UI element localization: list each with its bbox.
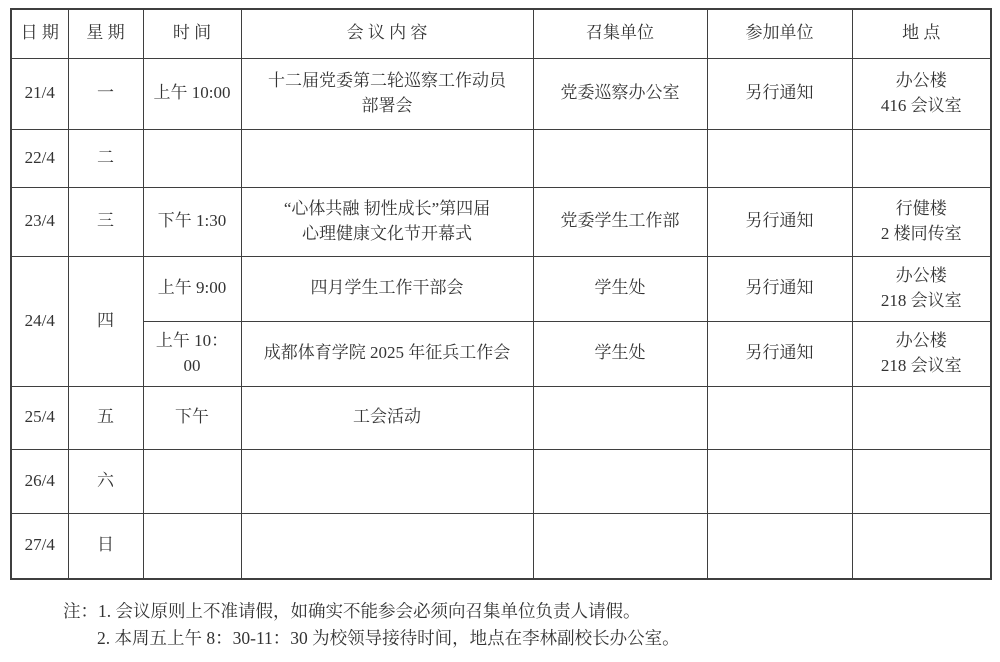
footnote-item-1: 1. 会议原则上不准请假，如确实不能参会必须向召集单位负责人请假。	[98, 601, 641, 621]
table-row: 26/4 六	[11, 449, 991, 513]
footnote-line-1: 注：1. 会议原则上不准请假，如确实不能参会必须向召集单位负责人请假。	[63, 598, 680, 625]
date-cell: 25/4	[11, 386, 68, 449]
meeting-content-cell: 十二届党委第二轮巡察工作动员 部署会	[241, 58, 533, 129]
col-header-weekday: 星 期	[68, 9, 143, 58]
table-row: 27/4 日	[11, 513, 991, 579]
meeting-content-cell	[241, 513, 533, 579]
col-header-date: 日 期	[11, 9, 68, 58]
meeting-content-cell	[241, 129, 533, 187]
weekday-cell: 一	[68, 58, 143, 129]
col-header-participating-unit: 参加单位	[707, 9, 852, 58]
weekday-cell: 四	[68, 256, 143, 386]
table-row: 23/4 三 下午 1:30 “心体共融 韧性成长”第四届 心理健康文化节开幕式…	[11, 187, 991, 256]
col-header-time: 时 间	[143, 9, 241, 58]
weekday-cell: 日	[68, 513, 143, 579]
date-cell: 27/4	[11, 513, 68, 579]
participating-unit-cell	[707, 129, 852, 187]
location-cell: 办公楼 416 会议室	[852, 58, 991, 129]
weekday-cell: 五	[68, 386, 143, 449]
time-cell	[143, 129, 241, 187]
date-cell: 23/4	[11, 187, 68, 256]
location-cell	[852, 449, 991, 513]
weekday-cell: 二	[68, 129, 143, 187]
time-cell: 上午 9:00	[143, 256, 241, 321]
meeting-schedule-page: 日 期 星 期 时 间 会 议 内 容 召集单位 参加单位 地 点 21/4 一…	[0, 0, 1000, 662]
convening-unit-cell	[533, 449, 707, 513]
meeting-content-cell	[241, 449, 533, 513]
location-cell: 办公楼 218 会议室	[852, 321, 991, 386]
time-cell: 下午	[143, 386, 241, 449]
location-cell	[852, 386, 991, 449]
convening-unit-cell: 党委学生工作部	[533, 187, 707, 256]
participating-unit-cell: 另行通知	[707, 256, 852, 321]
footnote-line-2: 2. 本周五上午 8：30-11：30 为校领导接待时间，地点在李林副校长办公室…	[63, 625, 680, 652]
meeting-content-cell: 工会活动	[241, 386, 533, 449]
meeting-content-cell: 四月学生工作干部会	[241, 256, 533, 321]
participating-unit-cell	[707, 386, 852, 449]
time-cell	[143, 449, 241, 513]
table-row: 21/4 一 上午 10:00 十二届党委第二轮巡察工作动员 部署会 党委巡察办…	[11, 58, 991, 129]
footnote-prefix: 注：	[63, 601, 98, 621]
participating-unit-cell: 另行通知	[707, 58, 852, 129]
weekly-meeting-schedule-table: 日 期 星 期 时 间 会 议 内 容 召集单位 参加单位 地 点 21/4 一…	[10, 8, 992, 580]
col-header-location: 地 点	[852, 9, 991, 58]
participating-unit-cell: 另行通知	[707, 321, 852, 386]
convening-unit-cell: 学生处	[533, 256, 707, 321]
footnotes: 注：1. 会议原则上不准请假，如确实不能参会必须向召集单位负责人请假。 2. 本…	[63, 598, 680, 652]
time-cell	[143, 513, 241, 579]
col-header-meeting-content: 会 议 内 容	[241, 9, 533, 58]
weekday-cell: 六	[68, 449, 143, 513]
time-cell: 下午 1:30	[143, 187, 241, 256]
header-row: 日 期 星 期 时 间 会 议 内 容 召集单位 参加单位 地 点	[11, 9, 991, 58]
table-row: 25/4 五 下午 工会活动	[11, 386, 991, 449]
col-header-convening-unit: 召集单位	[533, 9, 707, 58]
meeting-content-cell: 成都体育学院 2025 年征兵工作会	[241, 321, 533, 386]
location-cell: 办公楼 218 会议室	[852, 256, 991, 321]
weekday-cell: 三	[68, 187, 143, 256]
convening-unit-cell	[533, 386, 707, 449]
time-cell: 上午 10:00	[143, 58, 241, 129]
location-cell: 行健楼 2 楼同传室	[852, 187, 991, 256]
convening-unit-cell	[533, 513, 707, 579]
convening-unit-cell	[533, 129, 707, 187]
location-cell	[852, 513, 991, 579]
location-cell	[852, 129, 991, 187]
time-cell: 上午 10：00	[143, 321, 241, 386]
table-row: 24/4 四 上午 9:00 四月学生工作干部会 学生处 另行通知 办公楼 21…	[11, 256, 991, 321]
participating-unit-cell	[707, 513, 852, 579]
date-cell: 26/4	[11, 449, 68, 513]
table-row: 22/4 二	[11, 129, 991, 187]
table-row: 上午 10：00 成都体育学院 2025 年征兵工作会 学生处 另行通知 办公楼…	[11, 321, 991, 386]
date-cell: 21/4	[11, 58, 68, 129]
convening-unit-cell: 学生处	[533, 321, 707, 386]
meeting-content-cell: “心体共融 韧性成长”第四届 心理健康文化节开幕式	[241, 187, 533, 256]
date-cell: 22/4	[11, 129, 68, 187]
date-cell: 24/4	[11, 256, 68, 386]
convening-unit-cell: 党委巡察办公室	[533, 58, 707, 129]
participating-unit-cell: 另行通知	[707, 187, 852, 256]
participating-unit-cell	[707, 449, 852, 513]
